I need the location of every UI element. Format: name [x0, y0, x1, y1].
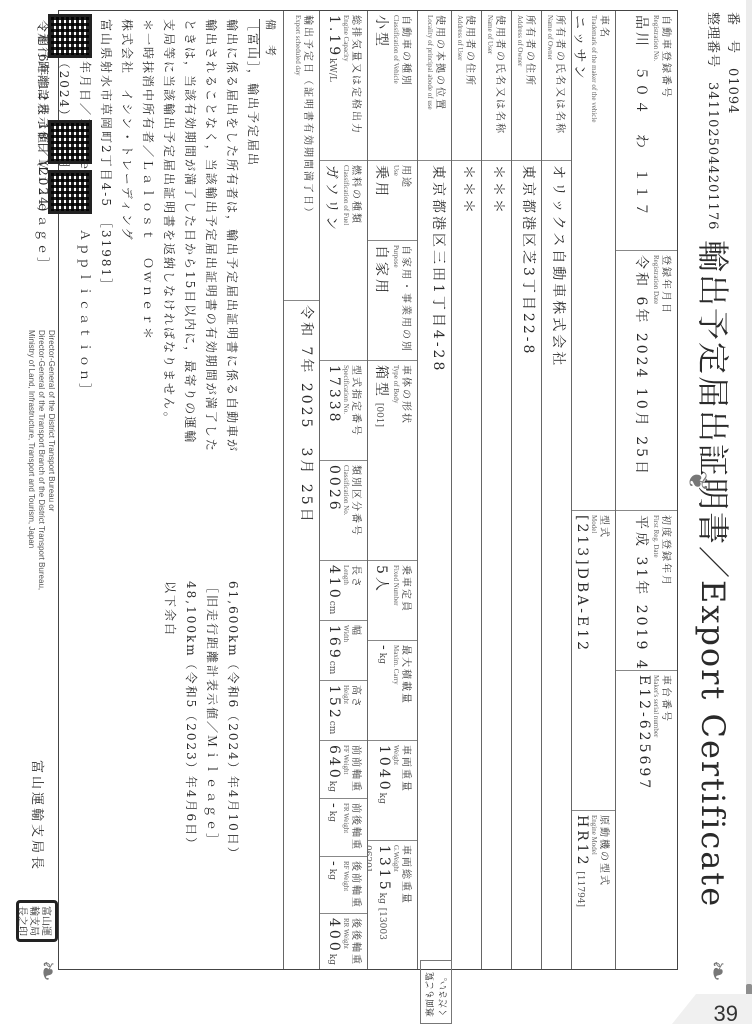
height-cell: 高さHeight152cm [320, 681, 367, 741]
gross-weight-cell: 車両総重量G.Weight1315kg [13003 0620] [368, 841, 417, 971]
class-no-cell: 類別区分番号Classification No.0026 [320, 461, 367, 561]
issuer-japanese: 富山運輸支局長 [29, 760, 48, 872]
qr-code [48, 120, 92, 164]
qr-code [48, 14, 92, 58]
owner-address-value: 東京都港区芝3丁目22-8 [512, 161, 541, 971]
row-maker: 車名Trademark of the maker of the vehicle … [571, 11, 615, 969]
document-title: 輸出予定届出証明書／Export Certificate [692, 240, 738, 908]
user-address-value: ＊＊＊ [452, 161, 481, 971]
certificate-table: 自動車登録番号Registration No. 品川 ５０４ わ １１７ 登録年… [58, 10, 678, 970]
rr-weight-cell: 後後軸重RR Weight400kg [320, 914, 367, 971]
use-cell: 用途Use乗用 [368, 161, 417, 241]
principal-location-value: 東京都港区三田1丁目4-28 [418, 161, 451, 971]
rf-weight-cell: 後前軸重RF Weight-kg [320, 857, 367, 914]
row-owner-address: 所有者の住所Address of Owner 東京都港区芝3丁目22-8 [511, 11, 541, 969]
fuel-cell: 燃料の種類Classification of Fuelガソリン [320, 161, 367, 361]
export-certificate-document: ❦ ❧ ❧ 番 号 01094 整理番号 3411025044201176 輸出… [0, 0, 752, 1024]
maker-cell: 車名Trademark of the maker of the vehicle … [572, 11, 615, 511]
mileage-text: 61,600km（令和6（2024）年4月10日）［旧走行距離計表示値／Ｍｉｌｅ… [159, 581, 243, 961]
fr-weight-cell: 前後軸重FR Weight-kg [320, 799, 367, 857]
ornament-icon: ❧ [702, 960, 732, 982]
row-registration: 自動車登録番号Registration No. 品川 ５０４ わ １１７ 登録年… [615, 11, 677, 969]
spec-no-cell: 型式指定番号Specification No.17338 [320, 361, 367, 461]
scrollbar[interactable] [746, 0, 752, 1024]
width-cell: 幅Width169cm [320, 621, 367, 681]
engine-capacity-cell: 総排気量又は定格出力Engine Capacity1.19kW/L [320, 11, 367, 161]
user-name-value: ＊＊＊ [482, 161, 511, 971]
certificate-number: 番 号 01094 [725, 12, 744, 114]
registration-date-cell: 登録年月日Registration Date 令和 6年 2024 10月 25… [616, 251, 677, 511]
issuer-english: Director-General of the District Transpo… [26, 330, 56, 590]
max-carry-cell: 最大積載量Maxim. Carry-kg [368, 641, 417, 741]
weight-cell: 車両重量Weight1040kg [368, 741, 417, 841]
body-type-cell: 車体の形状Type of Body箱型 [001] [368, 361, 417, 561]
first-reg-date-cell: 初度登録年月First Reg. Date 平成 31年 2019 4月 [616, 511, 677, 671]
row-user-name: 使用者の氏名又は名称Name of User ＊＊＊ [481, 11, 511, 969]
row-export-date: 輸出予定日（証明書有効期間満了日）Export scheduled day 令和… [283, 11, 319, 969]
fixed-number-cell: 乗車定員Fixed Number5人 [368, 561, 417, 641]
length-cell: 長さLength410cm [320, 561, 367, 621]
row-user-address: 使用者の住所Address of User ＊＊＊ [451, 11, 481, 969]
row-classification: 自動車の種別Classification of Vehicle小型 用途Use乗… [367, 11, 417, 969]
row-principal-location: 使用の本拠の位置Locality of principal abode of u… [417, 11, 451, 969]
row-owner-name: 所有者の氏名又は名称Name of Owner オリックス自動車株式会社 [541, 11, 571, 969]
export-date-value: 令和 7年 2025 3月 25日 [284, 301, 319, 971]
official-seal: 富山運輸支局長之印 [16, 900, 58, 942]
owner-name-value: オリックス自動車株式会社 [542, 161, 571, 971]
purpose-cell: 自家用・事業用の別Purpose自家用 [368, 241, 417, 361]
see-reverse-note: 裏面もご覧ください。 [420, 960, 452, 1024]
ff-weight-cell: 前前軸重FF Weight640kg [320, 741, 367, 799]
chassis-number-cell: 車台番号Maker's serial number E12-625697 [616, 671, 677, 971]
remarks-text: ［富山］，輸出予定届出輸出に係る届出をした所有者は，輸出予定届出証明書に係る自動… [32, 19, 263, 559]
model-cell: 型式Model [213]DBA-E12 [572, 511, 615, 811]
vehicle-class-cell: 自動車の種別Classification of Vehicle小型 [368, 11, 417, 161]
registration-number-cell: 自動車登録番号Registration No. 品川 ５０４ わ １１７ [616, 11, 677, 251]
reference-number: 整理番号 3411025044201176 [705, 12, 724, 230]
row-specifications: 総排気量又は定格出力Engine Capacity1.19kW/L 燃料の種類C… [319, 11, 367, 969]
engine-model-cell: 原動機の型式Engine Model HR12 [11794] [572, 811, 615, 971]
qr-code [48, 170, 92, 214]
